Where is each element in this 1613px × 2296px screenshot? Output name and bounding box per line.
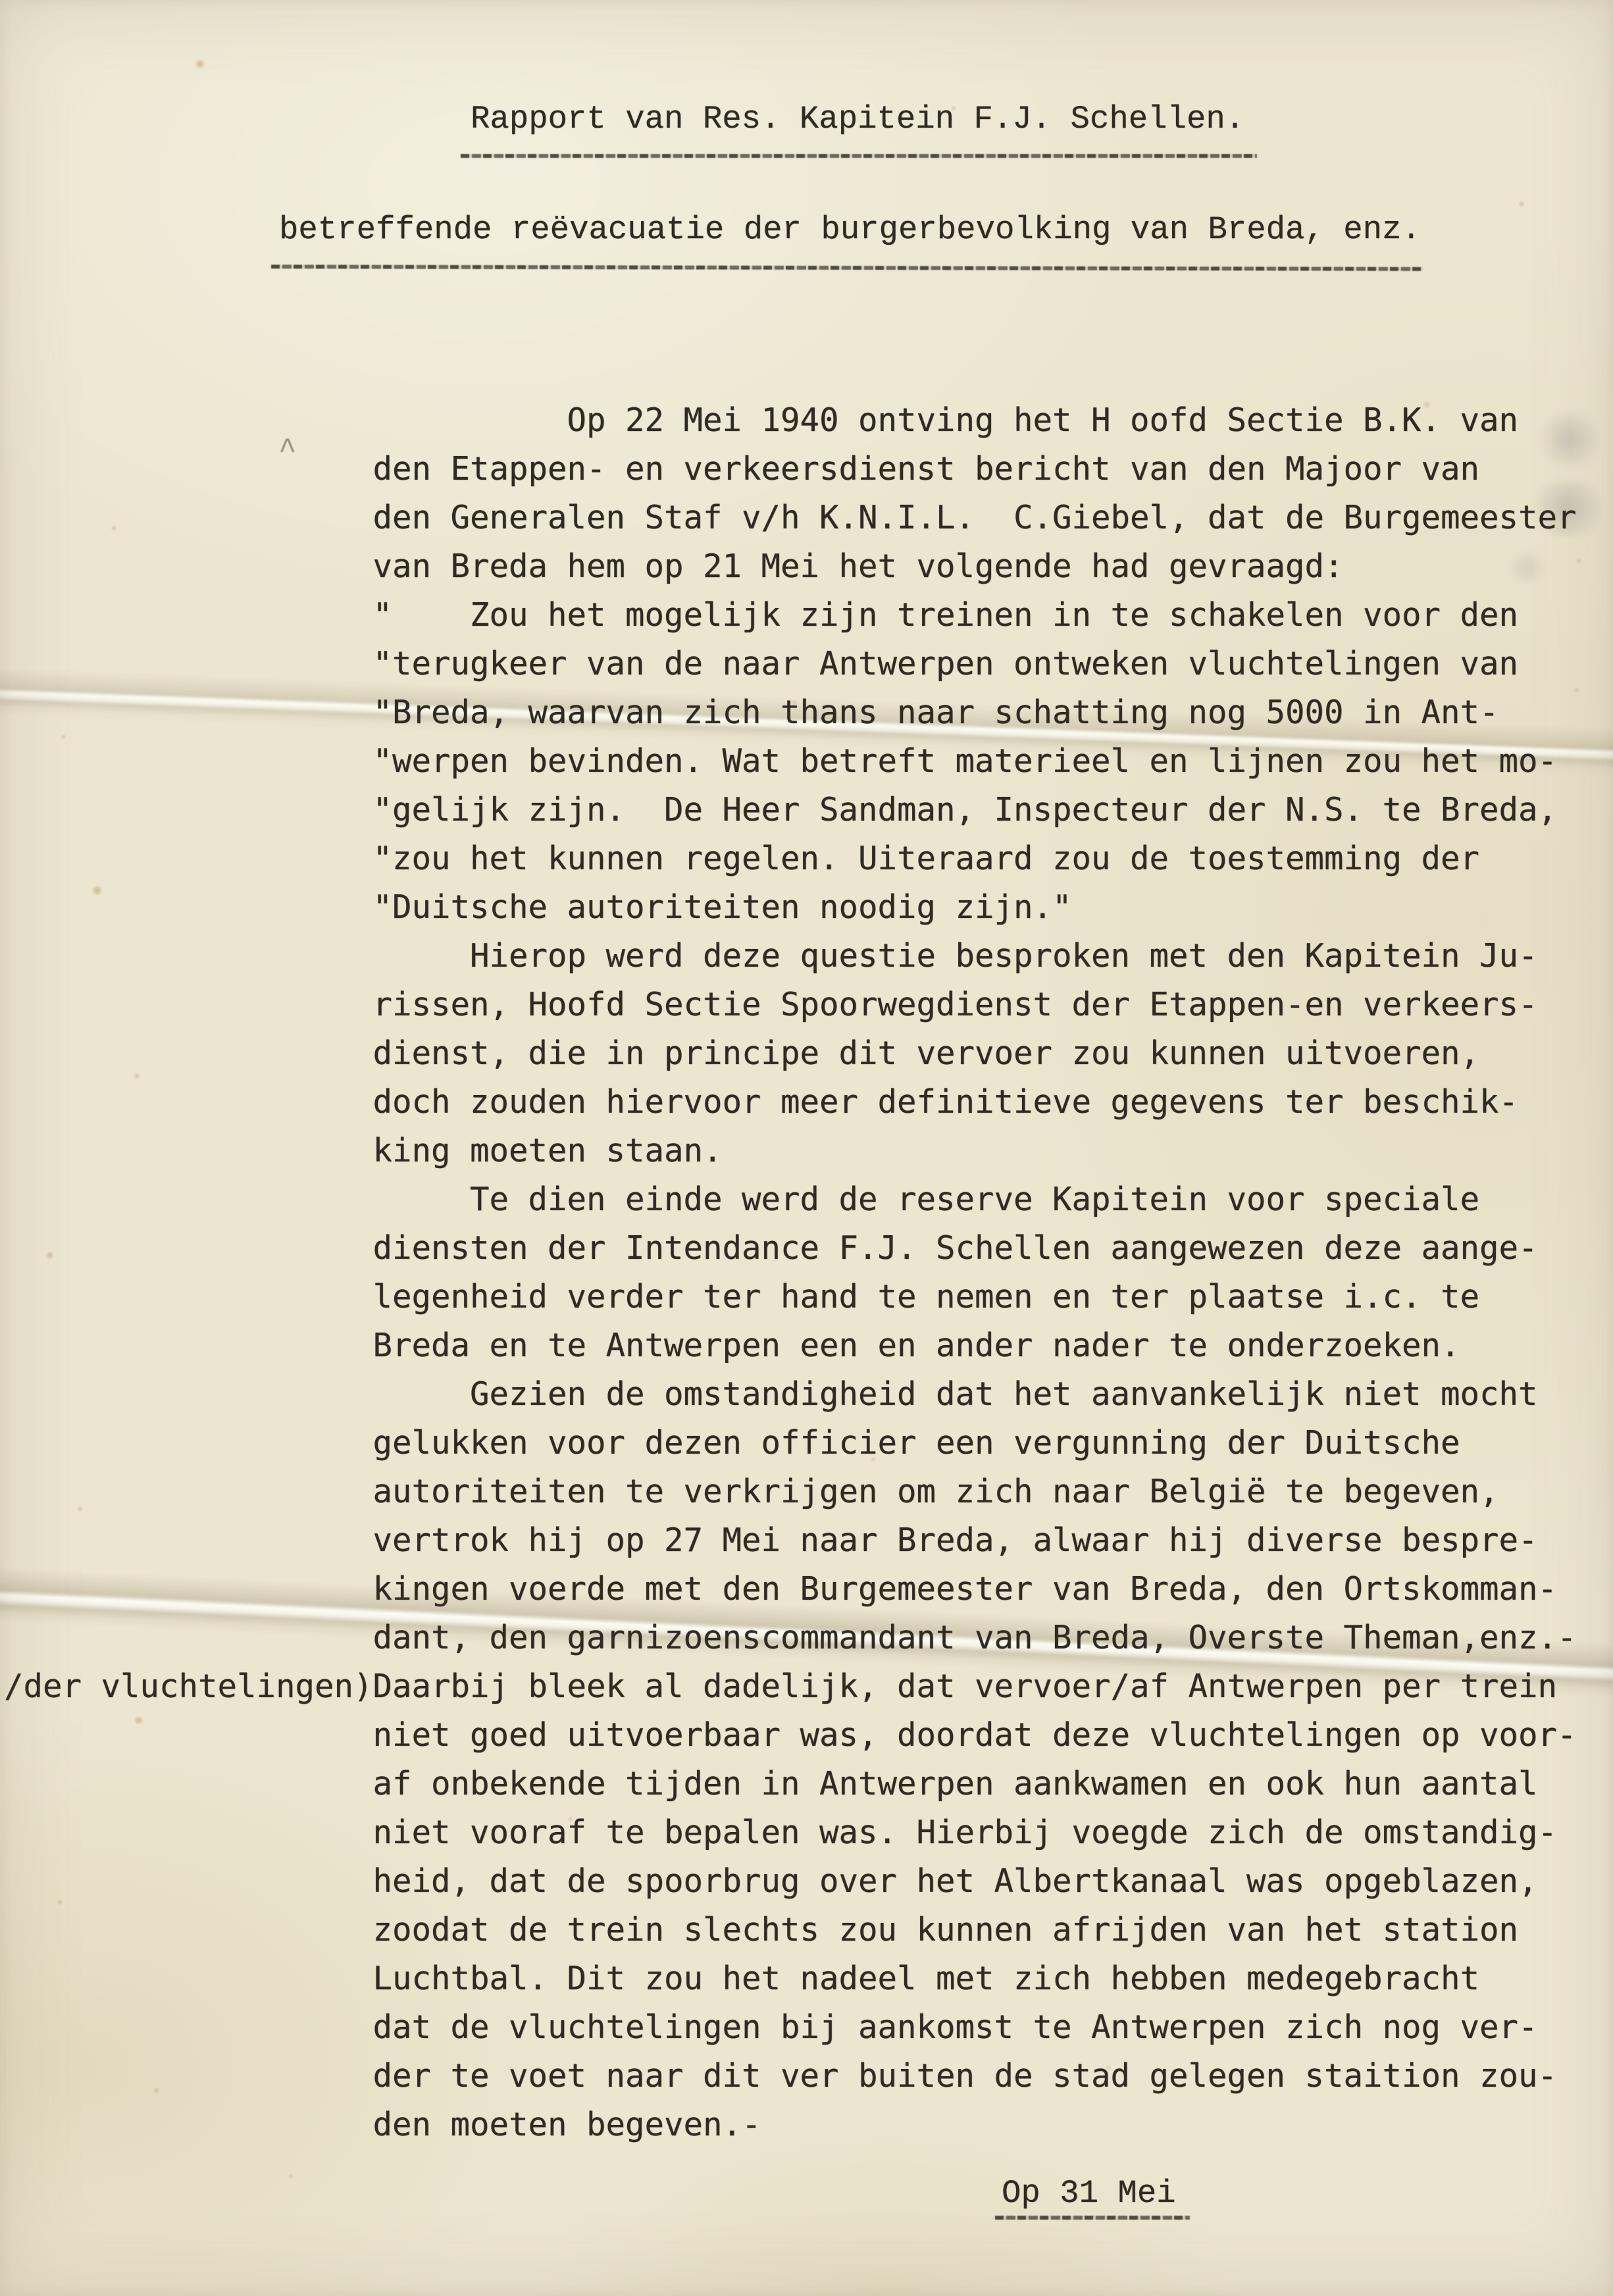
foxing-spot (194, 59, 206, 68)
closing-date: Op 31 Mei (1002, 2173, 1176, 2214)
report-title: Rapport van Res. Kapitein F.J. Schellen. (471, 99, 1244, 140)
title-underline (461, 154, 1257, 158)
closing-underline (995, 2216, 1190, 2220)
subtitle-underline (271, 265, 1423, 271)
foxing-spot (288, 2174, 294, 2179)
scanned-document-page: ^ Rapport van Res. Kapitein F.J. Schelle… (0, 0, 1613, 2296)
report-body: Op 22 Mei 1940 ontving het H oofd Sectie… (4, 396, 1577, 2149)
report-subtitle: betreffende reëvacuatie der burgerbevolk… (279, 209, 1421, 250)
foxing-spot (1518, 201, 1525, 207)
